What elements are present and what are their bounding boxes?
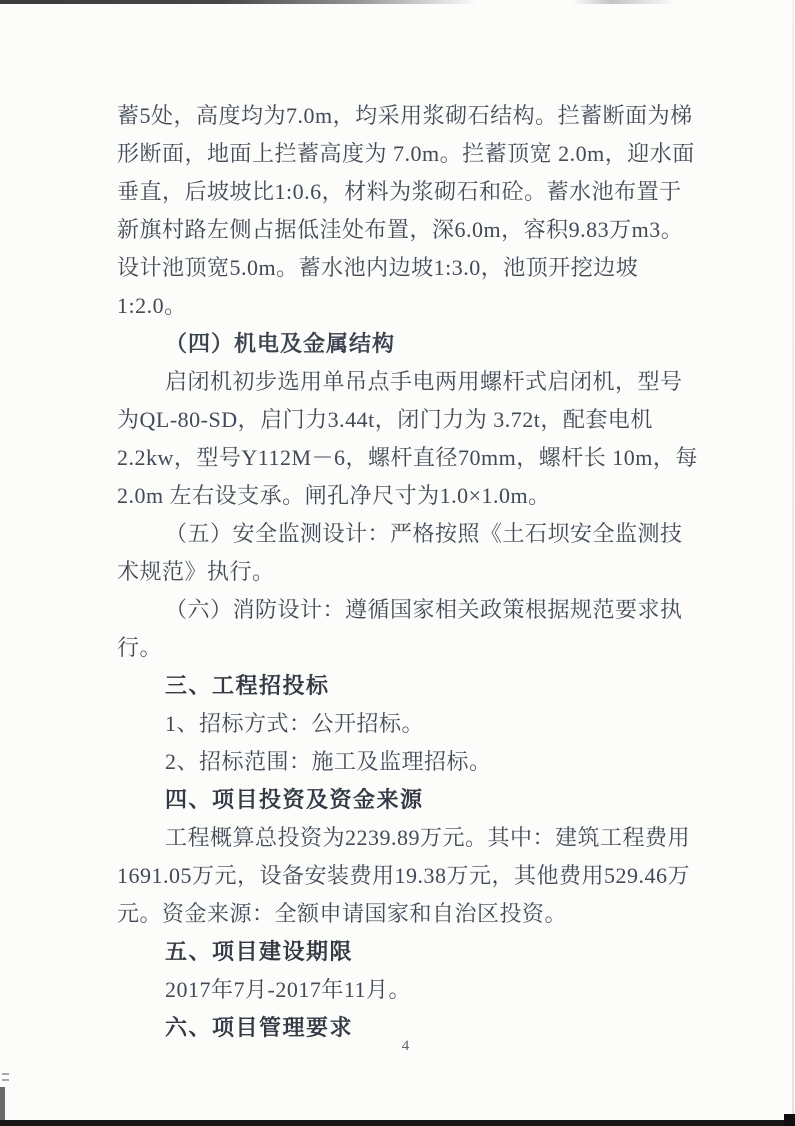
scan-artifact-left-mark bbox=[2, 1073, 9, 1075]
text-line: 1、招标方式：公开招标。 bbox=[117, 705, 717, 743]
scan-artifact-bottom-right-block bbox=[784, 1114, 795, 1126]
scan-artifact-left-mark bbox=[2, 1079, 9, 1081]
text-line: 2.0m 左右设支承。闸孔净尺寸为1.0×1.0m。 bbox=[117, 477, 717, 515]
page-number: 4 bbox=[0, 1038, 795, 1055]
scan-artifact-top-edge bbox=[0, 0, 795, 4]
section-heading: 五、项目建设期限 bbox=[117, 933, 717, 971]
document-body: 蓄5处，高度均为7.0m，均采用浆砌石结构。拦蓄断面为梯形断面，地面上拦蓄高度为… bbox=[117, 97, 717, 1047]
scan-artifact-left-bar bbox=[0, 1087, 5, 1121]
text-line: 元。资金来源：全额申请国家和自治区投资。 bbox=[117, 895, 717, 933]
scan-artifact-bottom-bar bbox=[0, 1120, 795, 1126]
text-line: 为QL-80-SD，启门力3.44t，闭门力为 3.72t，配套电机 bbox=[117, 401, 717, 439]
text-line: 蓄5处，高度均为7.0m，均采用浆砌石结构。拦蓄断面为梯 bbox=[117, 97, 717, 135]
text-line: 术规范》执行。 bbox=[117, 553, 717, 591]
text-line: （六）消防设计：遵循国家相关政策根据规范要求执 bbox=[117, 591, 717, 629]
text-line: 2、招标范围：施工及监理招标。 bbox=[117, 743, 717, 781]
text-line: （五）安全监测设计：严格按照《土石坝安全监测技 bbox=[117, 515, 717, 553]
text-line: 2017年7月-2017年11月。 bbox=[117, 971, 717, 1009]
text-line: 行。 bbox=[117, 629, 717, 667]
text-line: 启闭机初步选用单吊点手电两用螺杆式启闭机，型号 bbox=[117, 363, 717, 401]
text-line: 2.2kw，型号Y112M－6，螺杆直径70mm，螺杆长 10m，每 bbox=[117, 439, 717, 477]
scan-artifact-right-edge bbox=[792, 0, 794, 1126]
text-line: 设计池顶宽5.0m。蓄水池内边坡1:3.0，池顶开挖边坡 bbox=[117, 249, 717, 287]
document-page: 蓄5处，高度均为7.0m，均采用浆砌石结构。拦蓄断面为梯形断面，地面上拦蓄高度为… bbox=[0, 0, 795, 1126]
text-line: 形断面，地面上拦蓄高度为 7.0m。拦蓄顶宽 2.0m，迎水面 bbox=[117, 135, 717, 173]
section-heading: 三、工程招投标 bbox=[117, 667, 717, 705]
text-line: 1691.05万元，设备安装费用19.38万元，其他费用529.46万 bbox=[117, 857, 717, 895]
text-line: 新旗村路左侧占据低洼处布置，深6.0m，容积9.83万m3。 bbox=[117, 211, 717, 249]
text-line: 工程概算总投资为2239.89万元。其中：建筑工程费用 bbox=[117, 819, 717, 857]
sub-section-heading: （四）机电及金属结构 bbox=[117, 325, 717, 363]
text-line: 垂直，后坡坡比1:0.6，材料为浆砌石和砼。蓄水池布置于 bbox=[117, 173, 717, 211]
section-heading: 四、项目投资及资金来源 bbox=[117, 781, 717, 819]
text-line: 1:2.0。 bbox=[117, 287, 717, 325]
